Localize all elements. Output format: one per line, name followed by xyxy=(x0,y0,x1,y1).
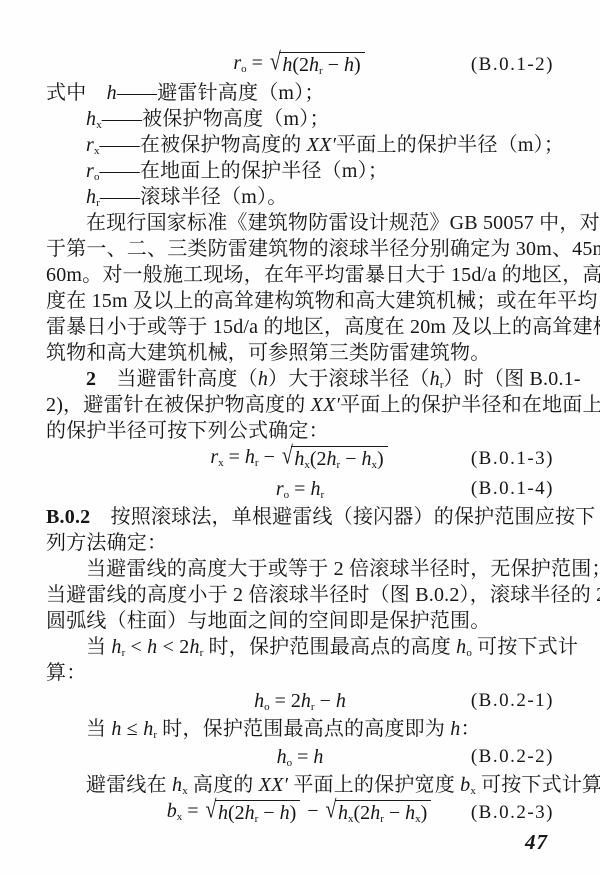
text-line: rx——在被保护物高度的 XX′平面上的保护半径（m）； xyxy=(46,132,554,158)
math-variable: hx xyxy=(294,448,310,470)
text-line: 当避雷线的高度大于或等于 2 倍滚球半径时，无保护范围； xyxy=(46,556,554,582)
math-variable: hr xyxy=(430,368,444,390)
formula-content: ho = 2hr − h xyxy=(254,690,346,713)
math-variable: hr xyxy=(189,636,203,658)
radical-sign: √ xyxy=(282,442,293,475)
text-line: 于第一、二、三类防雷建筑物的滚球半径分别确定为 30m、45m、 xyxy=(46,236,554,262)
equation-number: (B.0.1-4) xyxy=(471,478,554,500)
formula-line: ho = 2hr − h(B.0.2-1) xyxy=(46,686,554,716)
math-variable: ho xyxy=(254,690,270,712)
equation-number: (B.0.2-1) xyxy=(471,690,554,712)
math-variable: hx xyxy=(86,108,102,130)
sqrt-expression: √h(2hr − h) xyxy=(270,52,365,78)
text-line: 圆弧线（柱面）与地面之间的空间即是保护范围。 xyxy=(46,608,554,634)
math-variable: ro xyxy=(233,52,246,74)
formula-line: rx = hr − √hx(2hr − hx)(B.0.1-3) xyxy=(46,444,554,474)
math-variable: h xyxy=(344,54,354,76)
document-body: ro = √h(2hr − h)(B.0.1-2)式中 h——避雷针高度（m）；… xyxy=(46,50,554,828)
text-line: 当 hr < h < 2hr 时，保护范围最高点的高度 ho 可按下式计 xyxy=(46,634,554,660)
text-line: 雷暴日小于或等于 15d/a 的地区，高度在 20m 及以上的高耸建构 xyxy=(46,314,554,340)
math-variable: ho xyxy=(456,636,472,658)
formula-content: ro = √h(2hr − h) xyxy=(233,52,366,78)
formula-content: rx = hr − √hx(2hr − hx) xyxy=(210,446,389,472)
radicand: h(2hr − h) xyxy=(279,52,364,78)
equation-number: (B.0.1-2) xyxy=(471,54,554,76)
formula-content: bx = √h(2hr − h) − √hx(2hr − hx) xyxy=(167,800,434,826)
math-variable: h xyxy=(282,54,292,76)
text-line: 避雷线在 hx 高度的 XX′ 平面上的保护宽度 bx 可按下式计算： xyxy=(46,772,554,798)
math-variable: h xyxy=(107,82,117,104)
equation-number: (B.0.1-3) xyxy=(471,448,554,470)
text-line: 式中 h——避雷针高度（m）； xyxy=(46,80,554,106)
radical-sign: √ xyxy=(326,796,337,829)
text-line: ro——在地面上的保护半径（m）； xyxy=(46,158,554,184)
formula-content: ro = hr xyxy=(276,478,324,501)
bold-text: B.0.2 xyxy=(46,506,90,528)
math-variable: hr xyxy=(111,636,125,658)
math-variable: h xyxy=(336,690,346,712)
math-variable: rx xyxy=(210,446,223,468)
math-variable: hr xyxy=(310,478,324,500)
math-variable: hx xyxy=(361,448,377,470)
sqrt-expression: √h(2hr − h) xyxy=(205,800,300,826)
math-variable: ho xyxy=(277,746,293,768)
math-variable: XX′ xyxy=(307,134,336,156)
math-variable: hr xyxy=(327,448,341,470)
radicand: h(2hr − h) xyxy=(215,800,300,826)
math-variable: hr xyxy=(245,446,259,468)
math-variable: rx xyxy=(86,134,99,156)
math-variable: h xyxy=(313,746,323,768)
text-line: hx——被保护物高度（m）； xyxy=(46,106,554,132)
formula-line: bx = √h(2hr − h) − √hx(2hr − hx)(B.0.2-3… xyxy=(46,798,554,828)
text-line: 当避雷线的高度小于 2 倍滚球半径时（图 B.0.2），滚球半径的 2 xyxy=(46,582,554,608)
math-variable: h xyxy=(280,802,290,824)
document-page: ro = √h(2hr − h)(B.0.1-2)式中 h——避雷针高度（m）；… xyxy=(0,0,600,875)
math-variable: hr xyxy=(86,186,100,208)
text-line: 2)，避雷针在被保护物高度的 XX′平面上的保护半径和在地面上 xyxy=(46,392,554,418)
text-line: B.0.2 按照滚球法，单根避雷线（接闪器）的保护范围应按下 xyxy=(46,504,554,530)
equation-number: (B.0.2-2) xyxy=(471,746,554,768)
math-variable: ro xyxy=(276,478,289,500)
math-variable: hx xyxy=(338,802,354,824)
math-variable: hx xyxy=(172,774,188,796)
math-variable: hr xyxy=(143,718,157,740)
math-variable: h xyxy=(147,636,157,658)
radical-sign: √ xyxy=(205,796,216,829)
text-line: 当 h ≤ hr 时，保护范围最高点的高度即为 h： xyxy=(46,716,554,742)
text-line: 60m。对一般施工现场，在年平均雷暴日大于 15d/a 的地区，高 xyxy=(46,262,554,288)
equation-number: (B.0.2-3) xyxy=(471,802,554,824)
math-variable: XX′ xyxy=(311,394,340,416)
math-variable: bx xyxy=(460,774,476,796)
math-variable: hr xyxy=(245,802,259,824)
text-line: 的保护半径可按下列公式确定： xyxy=(46,418,554,444)
math-variable: hr xyxy=(370,802,384,824)
formula-line: ro = hr(B.0.1-4) xyxy=(46,474,554,504)
text-line: 算： xyxy=(46,660,554,686)
text-line: 列方法确定： xyxy=(46,530,554,556)
formula-line: ho = h(B.0.2-2) xyxy=(46,742,554,772)
formula-content: ho = h xyxy=(277,746,324,769)
math-variable: XX′ xyxy=(259,774,288,796)
math-variable: h xyxy=(450,718,460,740)
bold-text: 2 xyxy=(86,368,96,390)
math-variable: hr xyxy=(309,54,323,76)
text-line: 在现行国家标准《建筑物防雷设计规范》GB 50057 中，对 xyxy=(46,210,554,236)
radicand: hx(2hr − hx) xyxy=(291,446,387,472)
text-line: hr——滚球半径（m）。 xyxy=(46,184,554,210)
math-variable: h xyxy=(218,802,228,824)
formula-line: ro = √h(2hr − h)(B.0.1-2) xyxy=(46,50,554,80)
math-variable: ro xyxy=(86,160,99,182)
math-variable: hx xyxy=(405,802,421,824)
radical-sign: √ xyxy=(270,48,281,81)
math-variable: bx xyxy=(167,800,183,822)
page-number: 47 xyxy=(525,830,548,855)
math-variable: hr xyxy=(301,690,315,712)
math-variable: h xyxy=(258,368,268,390)
math-variable: h xyxy=(111,718,121,740)
text-line: 筑物和高大建筑机械，可参照第三类防雷建筑物。 xyxy=(46,340,554,366)
sqrt-expression: √hx(2hr − hx) xyxy=(326,800,432,826)
sqrt-expression: √hx(2hr − hx) xyxy=(282,446,388,472)
text-line: 度在 15m 及以上的高耸建构筑物和高大建筑机械；或在年平均 xyxy=(46,288,554,314)
text-line: 2 当避雷针高度（h）大于滚球半径（hr）时（图 B.0.1- xyxy=(46,366,554,392)
radicand: hx(2hr − hx) xyxy=(335,800,431,826)
